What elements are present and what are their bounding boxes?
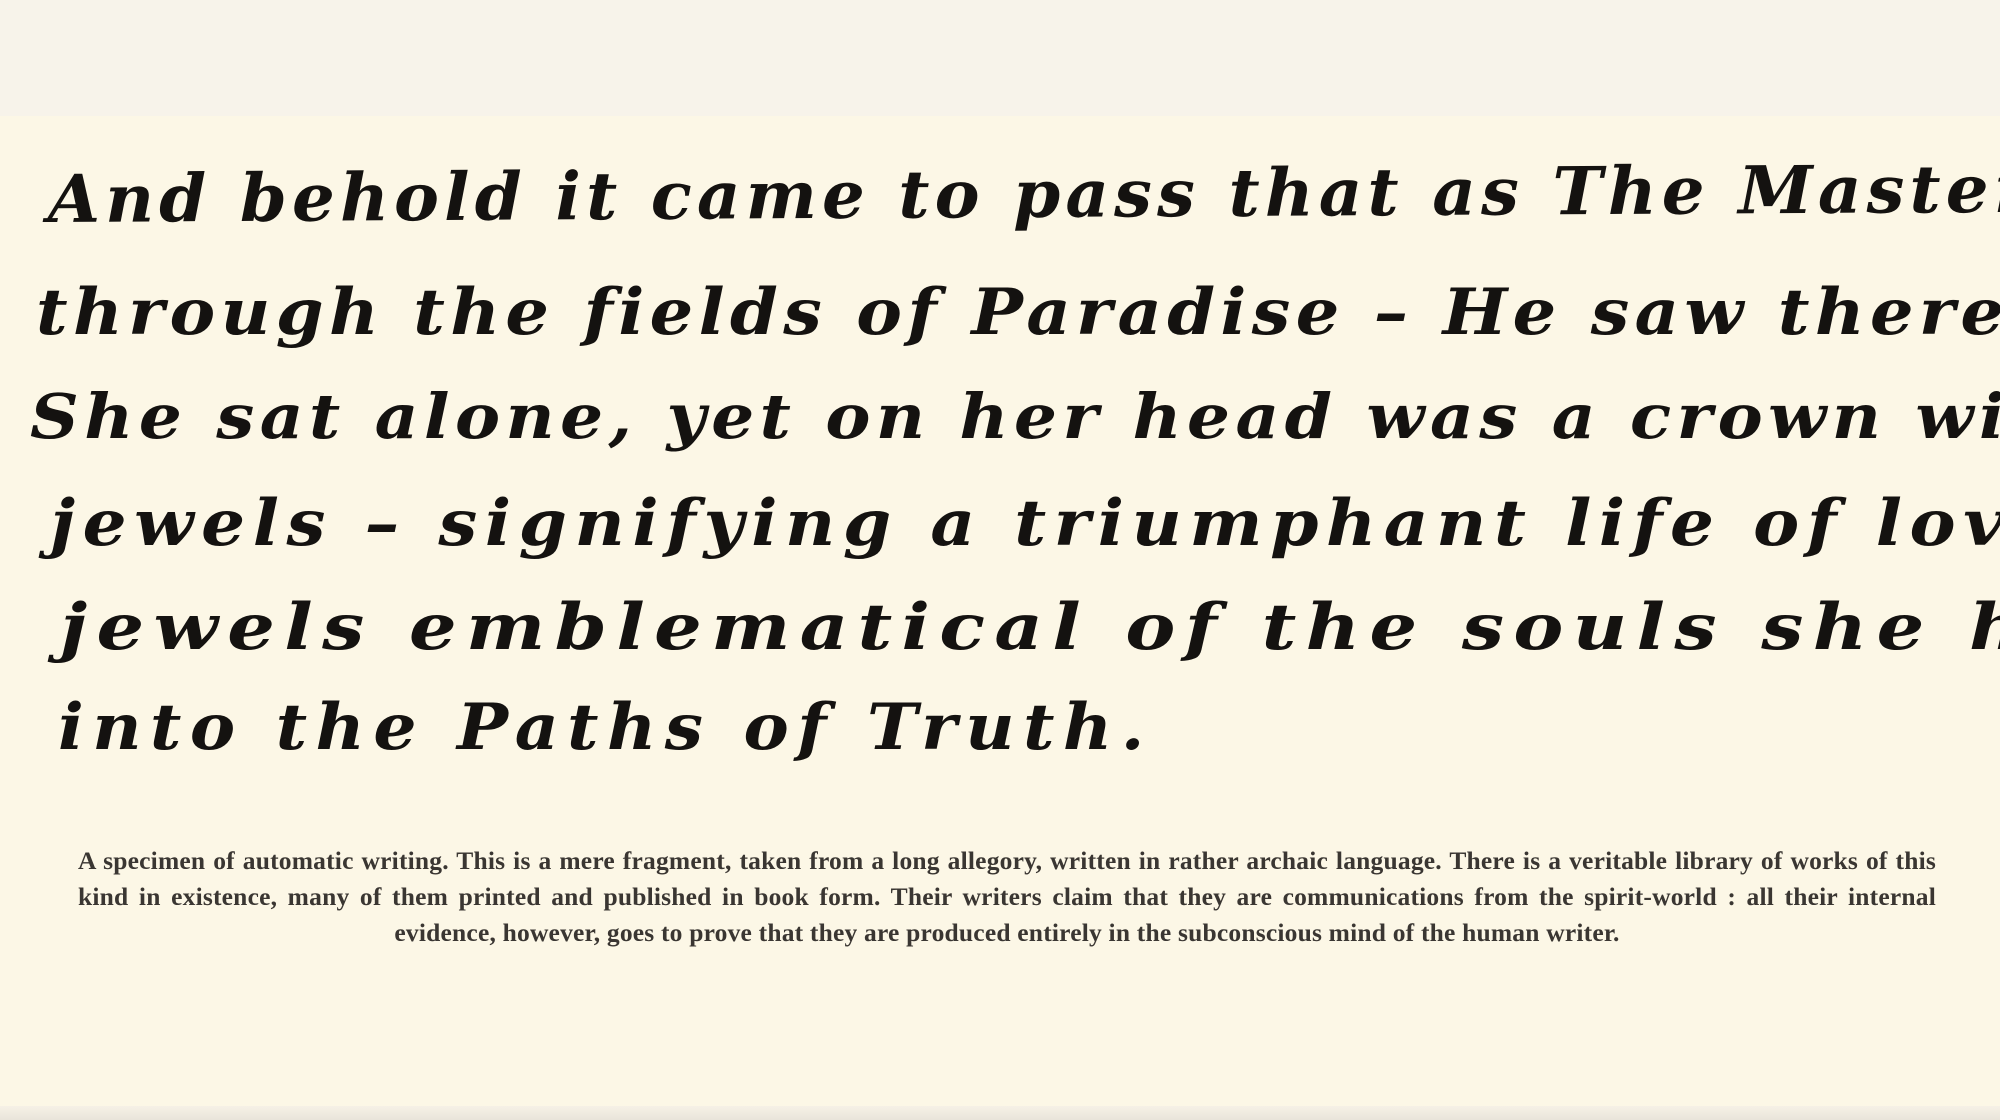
scan-bottom-edge [0,1106,2000,1120]
handwriting-line-4: jewels – signifying a triumphant life of… [50,486,2000,561]
handwriting-line-5-text: jewels emblematical of the souls she had… [60,590,2000,665]
caption-text: A specimen of automatic writing. This is… [78,843,1936,951]
handwriting-line-1: And behold it came to pass that as The M… [48,148,2000,238]
handwriting-line-2: through the fields of Paradise – He saw … [36,275,2000,350]
handwriting-line-6: into the Paths of Truth. [58,690,1153,765]
handwritten-manuscript: And behold it came to pass that as The M… [0,0,2000,820]
handwriting-line-3: She sat alone, yet on her head was a cro… [30,380,2000,453]
figure-caption: A specimen of automatic writing. This is… [78,843,1936,951]
handwriting-line-5: jewels emblematical of the souls she had… [60,590,2000,665]
